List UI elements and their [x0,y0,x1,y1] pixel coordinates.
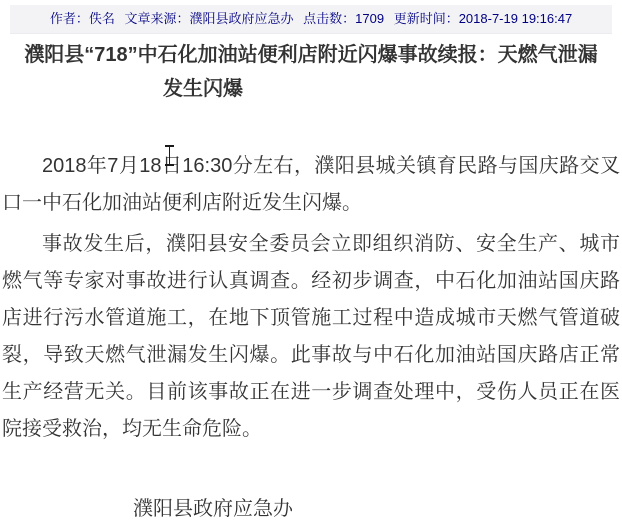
meta-updated-label: 更新时间： [394,11,459,26]
article-page: 作者：佚名 文章来源：濮阳县政府应急办 点击数：1709 更新时间：2018-7… [0,0,622,524]
meta-updated-value: 2018-7-19 19:16:47 [459,11,572,26]
meta-source: 文章来源：濮阳县政府应急办 [124,11,293,26]
body-paragraph-2: 事故发生后，濮阳县安全委员会立即组织消防、安全生产、城市燃气等专家对事故进行认真… [2,226,620,448]
signature-line: 濮阳县政府应急办 [2,491,620,524]
meta-source-label: 文章来源： [124,11,189,26]
meta-clicks-label: 点击数： [303,11,355,26]
meta-author-label: 作者： [50,11,89,26]
meta-clicks-value: 1709 [355,11,384,26]
article-title-line2: 发生闪爆 [0,72,622,106]
meta-author: 作者：佚名 [50,11,115,26]
meta-source-value: 濮阳县政府应急办 [189,11,293,26]
article-body: 2018年7月18日16:30分左右，濮阳县城关镇育民路与国庆路交叉口一中石化加… [2,148,620,524]
meta-updated: 更新时间：2018-7-19 19:16:47 [394,11,573,26]
meta-clicks: 点击数：1709 [303,11,384,26]
article-title: 濮阳县“718”中石化加油站便利店附近闪爆事故续报：天燃气泄漏 发生闪爆 [0,38,622,106]
meta-author-value: 佚名 [89,11,115,26]
body-paragraph-1: 2018年7月18日16:30分左右，濮阳县城关镇育民路与国庆路交叉口一中石化加… [2,148,620,222]
article-meta-bar: 作者：佚名 文章来源：濮阳县政府应急办 点击数：1709 更新时间：2018-7… [10,5,612,34]
article-title-line1: 濮阳县“718”中石化加油站便利店附近闪爆事故续报：天燃气泄漏 [0,38,622,72]
